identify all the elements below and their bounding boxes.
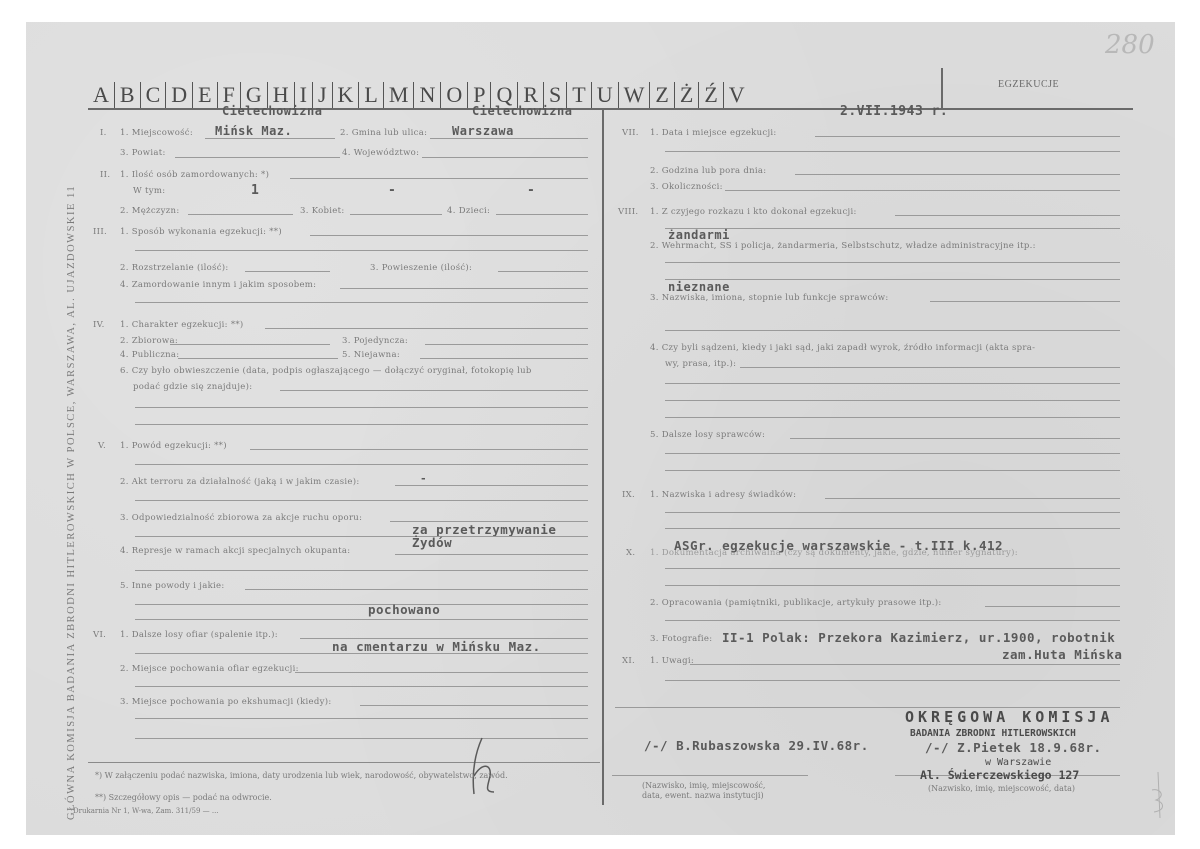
index-letter: D (166, 82, 193, 108)
field-line (665, 400, 1120, 401)
county-field (175, 157, 340, 158)
field-line (135, 718, 588, 719)
field-line (665, 262, 1120, 263)
field-line (665, 620, 1120, 621)
county-label: 3. Powiat: (120, 148, 166, 158)
execution-character-label: 1. Charakter egzekucji: **) (120, 320, 244, 330)
photographs-value-1[interactable]: II-1 Polak: Przekora Kazimierz, ur.1900,… (722, 630, 1115, 645)
stamp-line-1: OKRĘGOWA KOMISJA (905, 708, 1114, 726)
women-label: 3. Kobiet: (300, 206, 345, 216)
field-line (178, 358, 338, 359)
section-number: VII. (622, 128, 639, 138)
execution-reason-label: 1. Powód egzekucji: **) (120, 441, 227, 451)
field-line (430, 138, 588, 139)
field-line (665, 417, 1120, 418)
other-reasons-value[interactable]: pochowano (368, 602, 440, 617)
time-of-day-label: 2. Godzina lub pora dnia: (650, 166, 766, 176)
women-count-value[interactable]: - (388, 183, 396, 198)
trial-label-a: 4. Czy byli sądzeni, kiedy i jaki sąd, j… (650, 343, 1035, 353)
of-which-label: W tym: (133, 186, 165, 196)
victims-fate-label: 1. Dalsze losy ofiar (spalenie itp.): (120, 630, 278, 640)
index-letter: E (193, 82, 217, 108)
hanging-label: 3. Powieszenie (ilość): (370, 263, 472, 273)
field-line (496, 214, 588, 215)
publications-label: 2. Opracowania (pamiętniki, publikacje, … (650, 598, 942, 608)
index-letter: Ź (699, 82, 723, 108)
stamp-line-2: BADANIA ZBRODNI HITLEROWSKICH (910, 728, 1076, 739)
section-number: VI. (93, 630, 106, 640)
archival-docs-value[interactable]: ASGr. egzekucje warszawskie - t.III k.41… (674, 538, 1003, 553)
signature-left-value[interactable]: /-/ B.Rubaszowska 29.IV.68r. (644, 738, 869, 753)
index-letter: B (115, 82, 141, 108)
field-line (135, 464, 588, 465)
field-line (340, 288, 588, 289)
circumstances-label: 3. Okoliczności: (650, 182, 723, 192)
field-line (265, 328, 588, 329)
burial-place-label: 2. Miejsce pochowania ofiar egzekucji: (120, 664, 299, 674)
field-line (665, 568, 1120, 569)
field-line (815, 136, 1120, 137)
field-line (135, 407, 588, 408)
typed-locality-2: Cielechowizna (472, 104, 572, 118)
murdered-count-label: 1. Ilość osób zamordowanych: *) (120, 170, 269, 180)
field-line (795, 174, 1120, 175)
collective-responsibility-label: 3. Odpowiedzialność zbiorowa za akcje ru… (120, 513, 362, 523)
alphabet-index: A B C D E F G H I J K L M N O P Q R S T … (88, 78, 750, 108)
field-line (665, 383, 1120, 384)
terror-act-label: 2. Akt terroru za działalność (jaką i w … (120, 477, 360, 487)
field-line (665, 151, 1120, 152)
handwritten-initial-icon (468, 736, 498, 796)
signature-left-caption-1: (Nazwisko, imię, miejscowość, (642, 781, 765, 791)
field-line (665, 470, 1120, 471)
section-number: IV. (93, 320, 105, 330)
children-count-value[interactable]: - (527, 183, 535, 198)
index-letter: L (359, 82, 383, 108)
field-line (360, 705, 588, 706)
field-line (725, 190, 1120, 191)
perpetrator-names-value[interactable]: nieznane (668, 280, 730, 294)
other-method-label: 4. Zamordowanie innym i jakim sposobem: (120, 280, 316, 290)
field-line (665, 528, 1120, 529)
signature-right-caption: (Nazwisko, imię, miejscowość, data) (928, 784, 1075, 794)
field-line (665, 453, 1120, 454)
exhumation-place-label: 3. Miejsce pochowania po ekshumacji (kie… (120, 697, 332, 707)
field-line (280, 390, 588, 391)
photographs-value-2[interactable]: zam.Huta Mińska (1002, 647, 1122, 662)
signature-left-caption-2: data, ewent. nazwa instytucji) (642, 791, 764, 801)
who-executed-label: 1. Z czyjego rozkazu i kto dokonał egzek… (650, 207, 857, 217)
index-letter: C (141, 82, 167, 108)
field-line (135, 619, 588, 620)
photographs-label: 3. Fotografie: (650, 634, 712, 644)
typed-date: 2.VII.1943 r. (840, 104, 948, 119)
column-divider (602, 110, 604, 805)
execution-date-place-label: 1. Data i miejsce egzekucji: (650, 128, 777, 138)
footnote-2: **) Szczegółowy opis — podać na odwrocie… (95, 793, 272, 803)
men-count-value[interactable]: 1 (251, 183, 259, 198)
index-letter: V (724, 82, 750, 108)
secret-label: 5. Niejawna: (342, 350, 400, 360)
field-line (135, 570, 588, 571)
victims-fate-value[interactable]: na cmentarzu w Mińsku Maz. (332, 639, 541, 654)
field-line (930, 301, 1120, 302)
field-line (985, 606, 1120, 607)
index-letter: O (441, 82, 468, 108)
shooting-label: 2. Rozstrzelanie (ilość): (120, 263, 229, 273)
field-line (205, 138, 335, 139)
field-line (420, 358, 588, 359)
field-line (135, 500, 588, 501)
field-line (245, 589, 588, 590)
field-line (665, 512, 1120, 513)
field-line (665, 228, 1120, 229)
field-line (245, 271, 330, 272)
section-number: III. (93, 227, 107, 237)
public-label: 4. Publiczna: (120, 350, 179, 360)
field-line (350, 214, 442, 215)
announcement-label-b: podać gdzie się znajduje): (133, 382, 252, 392)
footer-rule (88, 762, 600, 763)
field-line (135, 653, 588, 654)
section-number: IX. (622, 490, 635, 500)
field-line (135, 536, 588, 537)
typed-locality-1: Cielechowizna (222, 104, 322, 118)
title-divider (941, 68, 943, 108)
voivodeship-label: 4. Województwo: (342, 148, 419, 158)
field-line (310, 235, 588, 236)
field-line (135, 424, 588, 425)
field-line (665, 330, 1120, 331)
field-line (665, 279, 1120, 280)
field-line (135, 302, 588, 303)
stamp-line-4: Al. Świerczewskiego 127 (920, 768, 1079, 782)
locality-label: 1. Miejscowość: (120, 128, 193, 138)
perpetrators-fate-label: 5. Dalsze losy sprawców: (650, 430, 765, 440)
index-letter: N (414, 82, 441, 108)
field-line (135, 686, 588, 687)
other-reasons-label: 5. Inne powody i jakie: (120, 581, 225, 591)
stamp-line-3: w Warszawie (985, 757, 1051, 768)
section-number: II. (100, 170, 110, 180)
field-line (295, 672, 588, 673)
repressions-label: 4. Represje w ramach akcji specjalnych o… (120, 546, 350, 556)
men-label: 2. Mężczyzn: (120, 206, 179, 216)
terror-act-value[interactable]: - (420, 472, 427, 485)
trial-label-b: wy, prasa, itp.): (665, 359, 736, 369)
field-line (135, 250, 588, 251)
field-line (740, 367, 1120, 368)
perpetrator-type-label: 2. Wehrmacht, SS i policja, żandarmeria,… (650, 241, 1036, 251)
voivodeship-field (422, 157, 588, 158)
execution-method-label: 1. Sposób wykonania egzekucji: **) (120, 227, 282, 237)
index-letter: A (88, 82, 115, 108)
section-number: VIII. (618, 207, 638, 217)
signature-right-value[interactable]: /-/ Z.Pietek 18.9.68r. (925, 740, 1102, 755)
field-line (665, 585, 1120, 586)
perpetrator-type-value[interactable]: żandarmi (668, 228, 730, 242)
pencil-mark-icon (1148, 770, 1172, 820)
field-line (790, 438, 1120, 439)
commune-label: 2. Gmina lub ulica: (340, 128, 427, 138)
field-line (135, 604, 588, 605)
field-line (690, 664, 1120, 665)
index-letter: Z (650, 82, 674, 108)
side-issuer-text: GŁÓWNA KOMISJA BADANIA ZBRODNI HITLEROWS… (66, 185, 77, 820)
index-letter: M (384, 82, 415, 108)
murdered-count-field (290, 178, 588, 179)
field-line (425, 344, 588, 345)
section-number: X. (626, 548, 635, 558)
index-letter: U (592, 82, 619, 108)
announcement-label-a: 6. Czy było obwieszczenie (data, podpis … (120, 366, 532, 376)
section-number: I. (100, 128, 107, 138)
locality-field[interactable]: Mińsk Maz. (215, 124, 292, 138)
handwritten-page-number: 280 (1105, 30, 1155, 60)
field-line (825, 498, 1120, 499)
form-title: EGZEKUCJE (998, 79, 1059, 90)
footnote-1: *) W załączeniu podać nazwiska, imiona, … (95, 771, 595, 781)
perpetrator-names-label: 3. Nazwiska, imiona, stopnie lub funkcje… (650, 293, 889, 303)
signature-line (612, 775, 808, 776)
children-label: 4. Dzieci: (447, 206, 490, 216)
field-line (395, 485, 588, 486)
section-number: V. (98, 441, 106, 451)
section-number: XI. (622, 656, 635, 666)
field-line (395, 554, 588, 555)
index-letter: Ż (675, 82, 699, 108)
remarks-label: 1. Uwagi: (650, 656, 694, 666)
field-line (665, 680, 1120, 681)
printer-note: Drukarnia Nr 1, W-wa, Zam. 311/59 — ... (73, 806, 219, 816)
field-line (170, 344, 330, 345)
single-label: 3. Pojedyncza: (342, 336, 408, 346)
commune-field[interactable]: Warszawa (452, 124, 514, 138)
field-line (895, 215, 1120, 216)
field-line (498, 271, 588, 272)
index-letter: K (333, 82, 360, 108)
field-line (135, 738, 588, 739)
field-line (250, 449, 588, 450)
witnesses-label: 1. Nazwiska i adresy świadków: (650, 490, 796, 500)
repressions-value[interactable]: Żydów (412, 535, 452, 550)
field-line (188, 214, 293, 215)
index-letter: W (619, 82, 651, 108)
